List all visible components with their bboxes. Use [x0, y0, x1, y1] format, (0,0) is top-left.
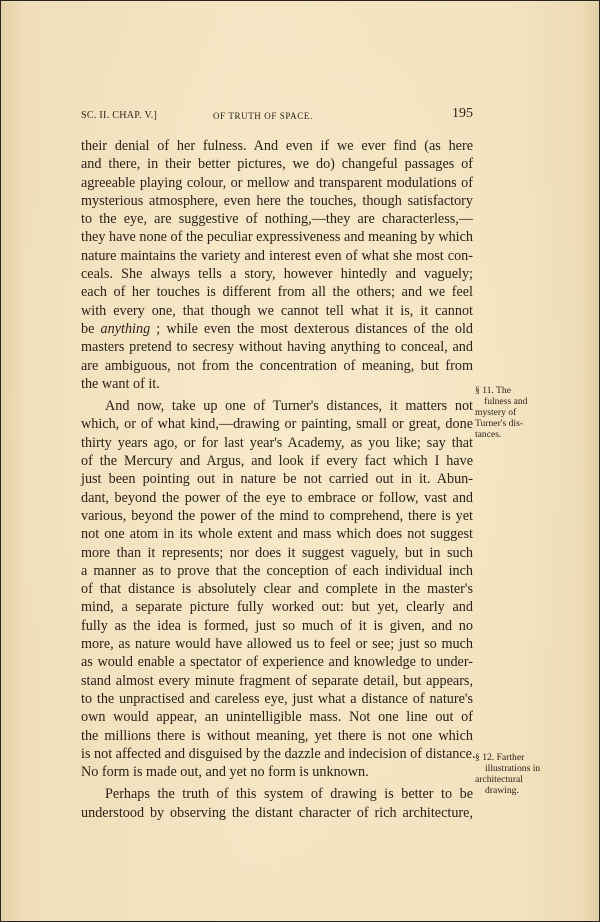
- text-fragment: ; while even the most dexterous distance…: [150, 321, 473, 337]
- sidenote-line: fulness and: [475, 396, 555, 407]
- text-line: more, as nature would have allowed us to…: [81, 635, 473, 653]
- text-line: agreeable playing colour, or mellow and …: [81, 174, 473, 192]
- text-fragment: be: [81, 321, 101, 337]
- text-line: fully as the idea is formed, just so muc…: [81, 617, 473, 635]
- text-line: No form is made out, and yet no form is …: [81, 763, 473, 781]
- text-line: a manner as to prove that the conception…: [81, 562, 473, 580]
- text-line: of that distance is absolutely clear and…: [81, 580, 473, 598]
- text-line: which, or of what kind,—drawing or paint…: [81, 415, 473, 433]
- sidenote-line: tances.: [475, 429, 555, 440]
- text-line: Perhaps the truth of this system of draw…: [81, 785, 473, 803]
- running-head: SC. II. CHAP. V.] OF TRUTH OF SPACE. 195: [81, 106, 473, 126]
- text-line: ceals. She always tells a story, however…: [81, 265, 473, 283]
- sidenote-line: architectural: [475, 774, 555, 785]
- book-page: SC. II. CHAP. V.] OF TRUTH OF SPACE. 195…: [0, 0, 600, 922]
- text-line: understood by observing the distant char…: [81, 804, 473, 822]
- text-line: own would appear, an unintelligible mass…: [81, 708, 473, 726]
- paragraph-1: their denial of her fulness. And even if…: [81, 137, 473, 393]
- text-line: are ambiguous, not from the concentratio…: [81, 357, 473, 375]
- text-line: mind, a separate picture fully worked ou…: [81, 598, 473, 616]
- paragraph-2: And now, take up one of Turner's distanc…: [81, 397, 473, 781]
- text-line: the millions there is without meaning, y…: [81, 727, 473, 745]
- text-line: to the unpractised and careless eye, jus…: [81, 690, 473, 708]
- text-line: as would enable a spectator of experienc…: [81, 653, 473, 671]
- text-line: to the eye, are suggestive of nothing,—t…: [81, 210, 473, 228]
- text-line: just been pointing out in nature be not …: [81, 470, 473, 488]
- sidenote-section-12: § 12. Farther illustrations in architect…: [475, 752, 555, 796]
- page-number: 195: [452, 106, 473, 122]
- text-line: various, beyond the power of the mind to…: [81, 507, 473, 525]
- italic-emphasis: anything: [101, 321, 151, 337]
- text-line: they have none of the peculiar expressiv…: [81, 228, 473, 246]
- sidenote-line: illustrations in: [475, 763, 555, 774]
- text-line: each of her touches is different from al…: [81, 283, 473, 301]
- text-line: of the Mercury and Argus, and look if ev…: [81, 452, 473, 470]
- sidenote-line: drawing.: [475, 785, 555, 796]
- text-line: is not affected and disguised by the daz…: [81, 745, 473, 763]
- text-line: thirty years ago, or for last year's Aca…: [81, 434, 473, 452]
- text-line: nature maintains the variety and interes…: [81, 247, 473, 265]
- sidenote-line: § 11. The: [475, 385, 555, 396]
- text-line: their denial of her fulness. And even if…: [81, 137, 473, 155]
- text-line: And now, take up one of Turner's distanc…: [81, 397, 473, 415]
- body-text: their denial of her fulness. And even if…: [81, 137, 473, 822]
- text-line: dant, beyond the power of the eye to emb…: [81, 489, 473, 507]
- text-line: more than it represents; nor does it sug…: [81, 544, 473, 562]
- text-line: stand almost every minute fragment of se…: [81, 672, 473, 690]
- text-line: the want of it.: [81, 375, 473, 393]
- text-line: mysterious atmosphere, even here the tou…: [81, 192, 473, 210]
- text-line-with-italic: be anything ; while even the most dexter…: [81, 320, 473, 338]
- text-line: not one atom in its whole extent and mas…: [81, 525, 473, 543]
- text-line: with every one, that though we cannot te…: [81, 302, 473, 320]
- sidenote-line: Turner's dis-: [475, 418, 555, 429]
- sidenote-line: § 12. Farther: [475, 752, 555, 763]
- sidenote-line: mystery of: [475, 407, 555, 418]
- paragraph-3: Perhaps the truth of this system of draw…: [81, 785, 473, 822]
- text-line: and there, in their better pictures, we …: [81, 155, 473, 173]
- text-line: masters pretend to secresy without havin…: [81, 338, 473, 356]
- running-head-section: SC. II. CHAP. V.]: [81, 110, 157, 121]
- sidenote-section-11: § 11. The fulness and mystery of Turner'…: [475, 385, 555, 440]
- running-head-title: OF TRUTH OF SPACE.: [213, 111, 313, 121]
